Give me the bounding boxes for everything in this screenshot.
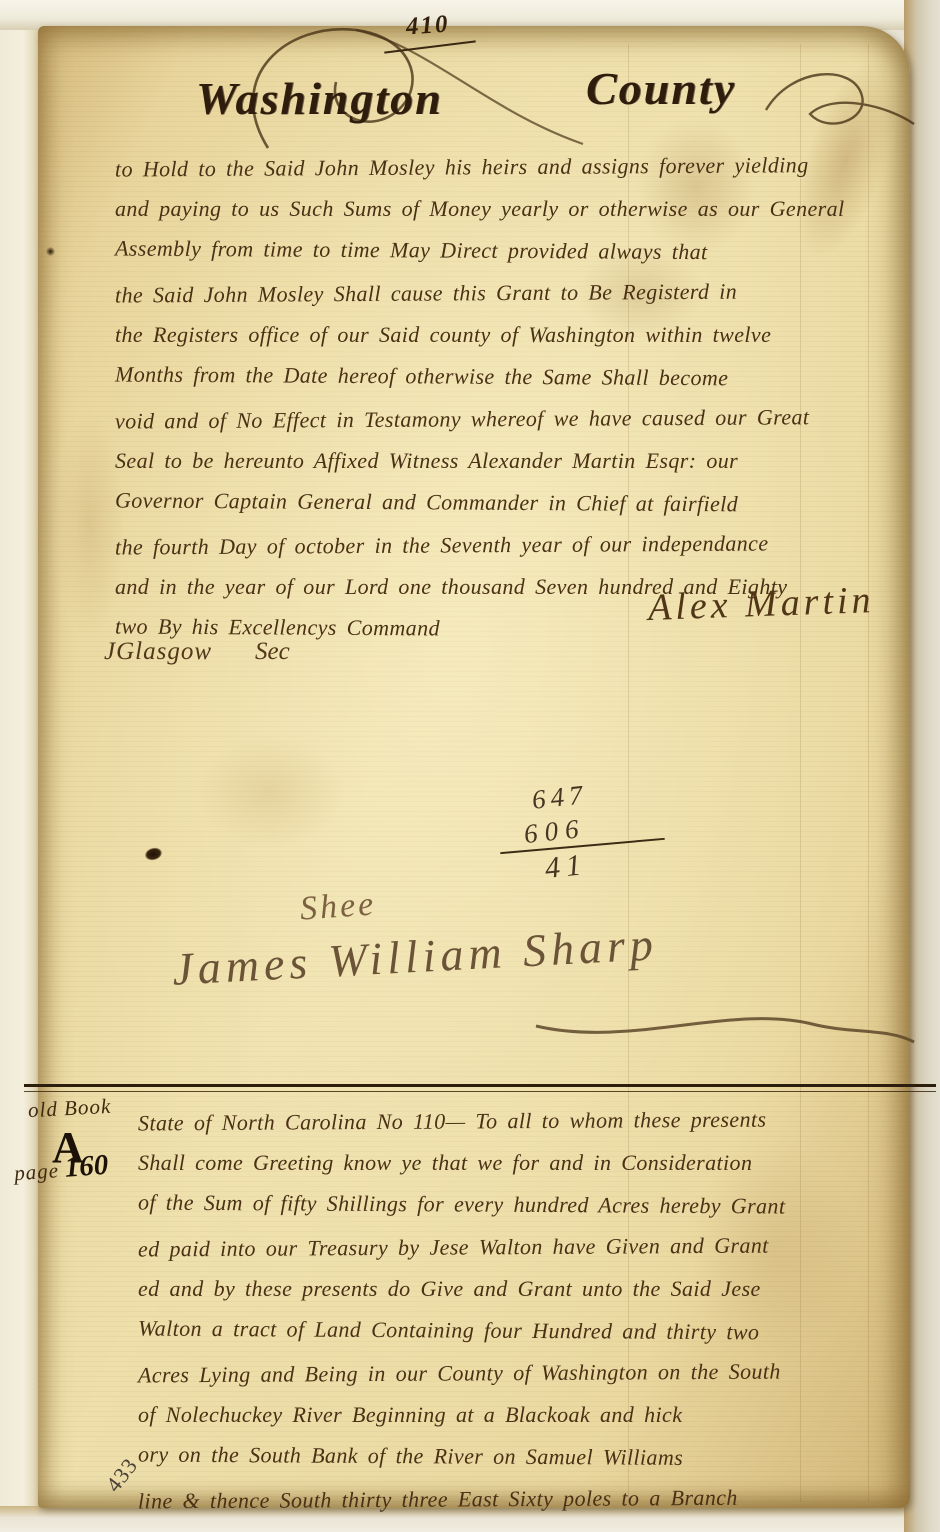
- scanned-deed-page: 410 Washington County to Hold to the Sai…: [0, 0, 940, 1532]
- secretary-signature: JGlasgow: [104, 638, 212, 666]
- grant-text-line: Assembly from time to time May Direct pr…: [115, 228, 930, 275]
- section-divider-thin: [24, 1091, 936, 1092]
- grant-text-line: Walton a tract of Land Containing four H…: [138, 1308, 938, 1355]
- arithmetic-difference: 41: [543, 848, 588, 886]
- margin-old-page-number: 160: [64, 1149, 110, 1184]
- grant-text-line: Acres Lying and Being in our County of W…: [138, 1350, 938, 1397]
- margin-old-book-note: old Book: [27, 1094, 111, 1123]
- heading-county-word: County: [586, 62, 736, 115]
- grant-text-line: to Hold to the Said John Mosley his heir…: [115, 144, 930, 191]
- page-number: 410: [405, 11, 450, 42]
- pencil-scribble: Shee: [299, 885, 378, 928]
- grant-text-line: ed paid into our Treasury by Jese Walton…: [138, 1224, 938, 1271]
- grant-text-line: ory on the South Bank of the River on Sa…: [138, 1434, 938, 1481]
- grant-text-line: and paying to us Such Sums of Money year…: [115, 188, 930, 230]
- grant-text-line: Shall come Greeting know ye that we for …: [138, 1142, 938, 1184]
- grant-text-line: the Registers office of our Said county …: [115, 314, 930, 356]
- section-divider-thick: [24, 1084, 936, 1087]
- grant-text-line: ed and by these presents do Give and Gra…: [138, 1268, 938, 1310]
- scan-backdrop-left: [0, 0, 42, 1532]
- grant-text-line: void and of No Effect in Testamony where…: [115, 396, 930, 443]
- grant-text-line: of Nolechuckey River Beginning at a Blac…: [138, 1394, 938, 1436]
- heading-county-name: Washington: [196, 72, 443, 125]
- grant-mosley-paragraph: to Hold to the Said John Mosley his heir…: [115, 146, 930, 650]
- grant-text-line: Seal to be hereunto Affixed Witness Alex…: [115, 440, 930, 482]
- arithmetic-minuend: 647: [531, 779, 589, 816]
- grant-text-line: State of North Carolina No 110— To all t…: [138, 1098, 938, 1145]
- grant-walton-paragraph: State of North Carolina No 110— To all t…: [138, 1100, 938, 1520]
- grant-text-line: Months from the Date hereof otherwise th…: [115, 354, 930, 401]
- signature-underline-flourish-icon: [530, 1000, 920, 1056]
- secretary-title: Sec: [255, 638, 290, 666]
- grant-text-line: line & thence South thirty three East Si…: [138, 1476, 938, 1523]
- margin-page-reference: page160: [13, 1149, 109, 1188]
- margin-page-word: page: [13, 1158, 59, 1185]
- grant-text-line: of the Sum of fifty Shillings for every …: [138, 1182, 938, 1229]
- governor-signature: Alex Martin: [647, 578, 875, 630]
- grant-text-line: the Said John Mosley Shall cause this Gr…: [115, 270, 930, 317]
- grant-text-line: Governor Captain General and Commander i…: [115, 480, 930, 527]
- ink-blot: [46, 247, 55, 256]
- grant-text-line: the fourth Day of october in the Seventh…: [115, 522, 930, 569]
- county-flourish-icon: [762, 72, 922, 142]
